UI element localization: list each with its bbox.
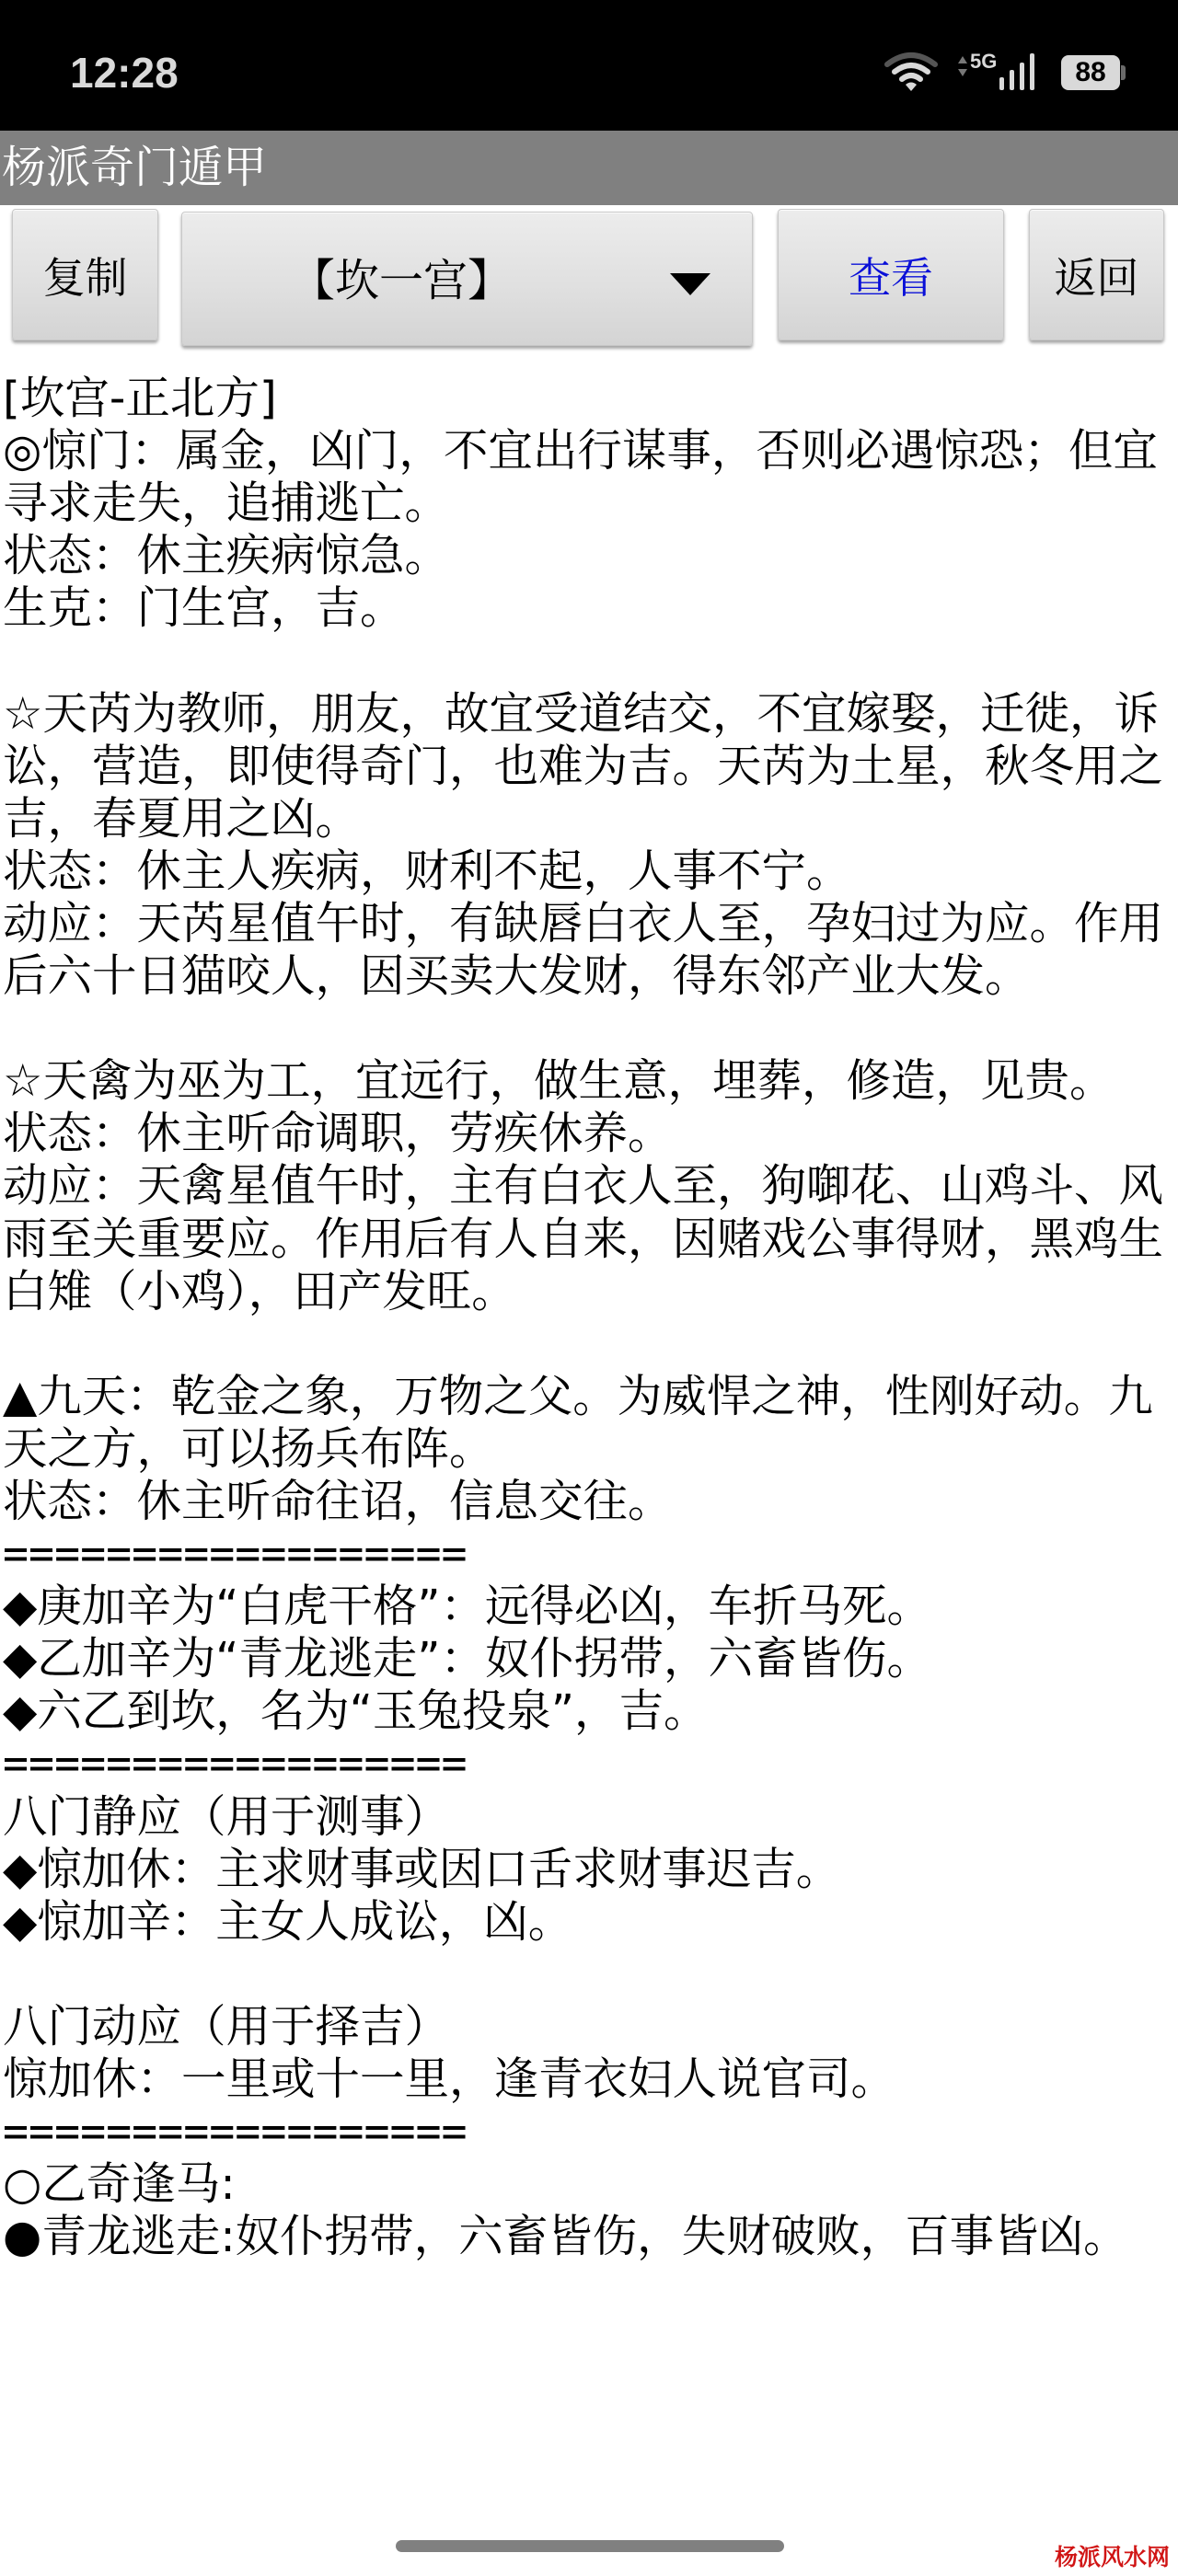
blank-line (3, 1318, 1178, 1371)
text-line: 讼，营造，即使得奇门，也难为吉。天芮为土星，秋冬用之 (3, 741, 1178, 793)
screen: 12:28 5G (0, 0, 1178, 2576)
battery-icon: 88 (1061, 55, 1126, 90)
palace-reading-text: [坎宫-正北方]◎惊门：属金，凶门，不宜出行谋事，否则必遇惊恐；但宜寻求走失，追… (3, 373, 1178, 2263)
home-indicator[interactable] (396, 2540, 784, 2552)
toolbar: 复制 【坎一宫】 查看 返回 (0, 205, 1178, 352)
triangle-down-icon (670, 273, 710, 295)
status-icons: 5G 88 (883, 52, 1132, 94)
text-line: 寻求走失，追捕逃亡。 (3, 477, 1178, 530)
view-button[interactable]: 查看 (778, 209, 1004, 340)
text-line: 八门动应（用于择吉） (3, 2001, 1178, 2053)
palace-select-value: 【坎一宫】 (291, 255, 512, 306)
status-time: 12:28 (70, 48, 179, 98)
text-line: 天之方，可以扬兵布阵。 (3, 1423, 1178, 1476)
text-line: ▲九天：乾金之象，万物之父。为威悍之神，性刚好动。九 (3, 1371, 1178, 1423)
text-line: ◆惊加休：主求财事或因口舌求财事迟吉。 (3, 1844, 1178, 1896)
network-type: 5G (970, 50, 997, 74)
text-line: ●青龙逃走:奴仆拐带，六畜皆伤，失财破败，百事皆凶。 (3, 2211, 1178, 2263)
text-line: ☆天芮为教师，朋友，故宜受道结交，不宜嫁娶，迁徙，诉 (3, 688, 1178, 741)
text-line: 雨至关重要应。作用后有人自来，因赌戏公事得财，黑鸡生 (3, 1213, 1178, 1266)
text-line: 状态：休主听命往诏，信息交往。 (3, 1476, 1178, 1528)
text-line: 吉，春夏用之凶。 (3, 793, 1178, 845)
text-line: 惊加休：一里或十一里，逢青衣妇人说官司。 (3, 2053, 1178, 2106)
blank-line (3, 1949, 1178, 2001)
text-line: 状态：休主听命调职，劳疾休养。 (3, 1108, 1178, 1160)
app-title-bar: 杨派奇门遁甲 (0, 131, 1178, 205)
network-arrows-icon (957, 55, 968, 77)
blank-line (3, 635, 1178, 687)
text-line: 状态：休主疾病惊急。 (3, 530, 1178, 582)
blank-line (3, 1003, 1178, 1055)
app-title: 杨派奇门遁甲 (2, 138, 267, 197)
palace-select[interactable]: 【坎一宫】 (181, 212, 753, 346)
battery-level: 88 (1061, 55, 1120, 90)
text-line: 白雉（小鸡），田产发旺。 (3, 1266, 1178, 1318)
text-line: ○乙奇逢马: (3, 2158, 1178, 2211)
cellular-indicator: 5G (957, 50, 1040, 92)
separator-line: ================== (3, 1738, 1143, 1790)
back-button[interactable]: 返回 (1029, 209, 1164, 340)
text-line: ◆惊加辛：主女人成讼，凶。 (3, 1896, 1178, 1949)
wifi-icon (883, 52, 939, 92)
text-line: ◎惊门：属金，凶门，不宜出行谋事，否则必遇惊恐；但宜 (3, 425, 1178, 477)
text-line: 八门静应（用于测事） (3, 1791, 1178, 1844)
separator-line: ================== (3, 1528, 1143, 1581)
copy-button[interactable]: 复制 (12, 209, 158, 340)
separator-line: ================== (3, 2106, 1143, 2158)
text-line: ◆庚加辛为“白虎干格”：远得必凶，车折马死。 (3, 1581, 1178, 1633)
watermark: 杨派风水网 (1055, 2539, 1170, 2572)
signal-bars-icon (999, 53, 1038, 90)
text-line: 状态：休主人疾病，财利不起，人事不宁。 (3, 845, 1178, 898)
text-line: 生克：门生宫，吉。 (3, 582, 1178, 635)
status-bar: 12:28 5G (0, 0, 1178, 131)
text-line: ◆六乙到坎，名为“玉兔投泉”，吉。 (3, 1685, 1178, 1738)
text-line: 后六十日猫咬人，因买卖大发财，得东邻产业大发。 (3, 950, 1178, 1003)
battery-tip (1121, 65, 1126, 80)
text-line: [坎宫-正北方] (3, 373, 1178, 425)
text-line: 动应：天芮星值午时，有缺唇白衣人至，孕妇过为应。作用 (3, 898, 1178, 950)
text-line: ◆乙加辛为“青龙逃走”：奴仆拐带，六畜皆伤。 (3, 1633, 1178, 1685)
text-line: 动应：天禽星值午时，主有白衣人至，狗啣花、山鸡斗、风 (3, 1160, 1178, 1213)
text-line: ☆天禽为巫为工，宜远行，做生意，埋葬，修造，见贵。 (3, 1055, 1178, 1108)
